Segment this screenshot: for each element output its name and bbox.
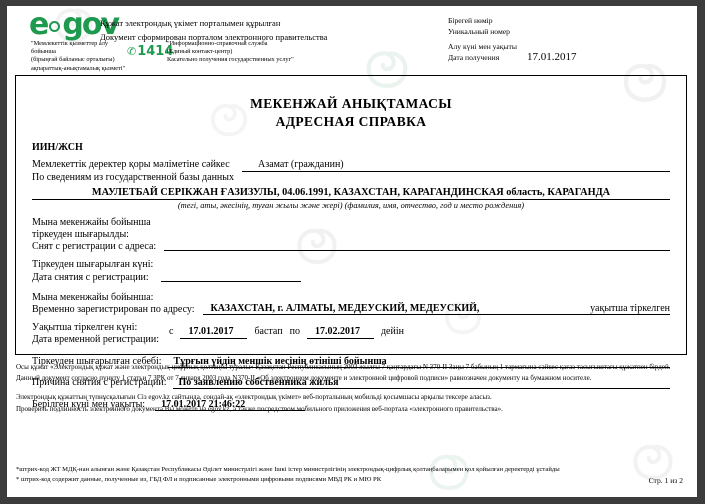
certificate-box: МЕКЕНЖАЙ АНЫҚТАМАСЫ АДРЕСНАЯ СПРАВКА ИИН…: [15, 75, 687, 355]
title-ru: АДРЕСНАЯ СПРАВКА: [32, 113, 670, 131]
removed-address-label-line: Снят с регистрации с адреса:: [32, 241, 156, 253]
legal-paragraph-ru-1: Данный документ согласно пункту 1 статьи…: [16, 373, 688, 384]
field-source-value: Азамат (гражданин): [258, 159, 344, 170]
legal-text: Осы құжат «Электрондық құжат және электр…: [16, 362, 688, 415]
field-removed-date: Тіркеуден шығарылған күні: Дата снятия с…: [32, 259, 670, 283]
field-source: Мемлекеттік деректер қоры мәліметіне сәй…: [32, 159, 670, 183]
field-source-label-kk: Мемлекеттік деректер қоры мәліметіне сәй…: [32, 159, 234, 171]
contact-right-line: "Информационно-справочная служба: [167, 40, 317, 48]
legal-paragraph-kk-2: Электрондық құжаттың түпнұсқалығын Сіз e…: [16, 392, 688, 403]
legal-paragraph-kk-1: Осы құжат «Электрондық құжат және электр…: [16, 362, 688, 373]
unique-number-label-kk: Бірегей нөмір: [448, 16, 517, 27]
field-removed-address-label: Мына мекенжайы бойынша тіркеуден шығарыл…: [32, 217, 156, 254]
title-kk: МЕКЕНЖАЙ АНЫҚТАМАСЫ: [32, 95, 670, 113]
iin-label: ИИН/ЖСН: [32, 142, 670, 153]
temp-address-label-ru: Временно зарегистрирован по адресу:: [32, 304, 195, 316]
unique-number-label-ru: Уникальный номер: [448, 27, 517, 38]
barcode-footnotes: *штрих-код ЖТ МДҚ-нан алынған және Қазақ…: [16, 465, 656, 485]
field-source-value-line: Азамат (гражданин): [242, 159, 670, 172]
field-temp-address-value: КАЗАХСТАН, г. АЛМАТЫ, МЕДЕУСКИЙ, МЕДЕУСК…: [211, 303, 480, 314]
field-temp-period-label: Уақытша тіркелген күні: Дата временной р…: [32, 322, 159, 346]
field-temp-period: Уақытша тіркелген күні: Дата временной р…: [32, 322, 670, 346]
temp-period-date-from: 17.01.2017: [180, 326, 247, 339]
field-temp-address: Мына мекенжайы бойынша: Временно зарегис…: [32, 292, 670, 316]
temp-period-date-to: 17.02.2017: [307, 326, 374, 339]
egov-logo-dot-icon: [49, 21, 60, 32]
temp-period-label-ru: Дата временной регистрации:: [32, 334, 159, 346]
phone-icon: ✆: [127, 45, 136, 58]
temp-period-word-deyin: дейін: [381, 326, 404, 337]
temp-period-content: с 17.01.2017 бастап по 17.02.2017 дейін: [169, 326, 404, 339]
person-name-caption: (тегі, аты, әкесінің, туған жылы және же…: [32, 201, 670, 210]
field-temp-address-label: Мына мекенжайы бойынша: Временно зарегис…: [32, 292, 195, 316]
contact-left-line: (бірыңғай байланыс орталығы): [31, 56, 126, 64]
field-removed-address-value-line: [164, 239, 670, 251]
document-viewer: egov Құжат электрондық үкімет порталымен…: [0, 0, 705, 504]
page-number: Стр. 1 из 2: [649, 476, 683, 485]
receive-date-value: 17.01.2017: [527, 51, 577, 63]
generated-line-kk: Құжат электрондық үкімет порталымен құры…: [100, 17, 327, 31]
document-meta: Бірегей нөмір Уникальный номер Алу күні …: [448, 16, 576, 64]
temp-period-label-kk: Уақытша тіркелген күні:: [32, 322, 159, 334]
footnote-ru: * штрих-код содержит данные, полученные …: [16, 475, 656, 485]
temp-address-label-kk: Мына мекенжайы бойынша:: [32, 292, 195, 304]
receive-date-label-ru: Дата получения: [448, 53, 517, 64]
contact-left-line: ақпараттық-анықтамалық қызметі": [31, 65, 126, 73]
certificate-page: egov Құжат электрондық үкімет порталымен…: [7, 6, 697, 497]
removed-address-label-line: Мына мекенжайы бойынша: [32, 217, 156, 229]
contact-center-text-kk: "Мемлекеттік қызметтер алу бойынша (біры…: [31, 40, 126, 73]
contact-left-line: "Мемлекеттік қызметтер алу бойынша: [31, 40, 126, 56]
document-title: МЕКЕНЖАЙ АНЫҚТАМАСЫ АДРЕСНАЯ СПРАВКА: [32, 95, 670, 131]
temp-period-word-po: по: [290, 326, 300, 337]
contact-center-text-ru: "Информационно-справочная служба (Единый…: [167, 40, 317, 65]
field-removed-address: Мына мекенжайы бойынша тіркеуден шығарыл…: [32, 217, 670, 254]
field-source-label: Мемлекеттік деректер қоры мәліметіне сәй…: [32, 159, 234, 183]
field-source-label-ru: По сведениям из государственной базы дан…: [32, 172, 234, 184]
temp-address-note: уақытша тіркелген: [590, 303, 670, 314]
person-name-value: МАУЛЕТБАЙ СЕРІКЖАН ҒАЗИЗУЛЫ, 04.06.1991,…: [32, 187, 670, 200]
contact-right-line: (Единый контакт-центр): [167, 48, 317, 56]
removed-date-label-kk: Тіркеуден шығарылған күні:: [32, 259, 153, 271]
meta-labels: Бірегей нөмір Уникальный номер Алу күні …: [448, 16, 517, 64]
contact-right-line: Касательно получения государственных усл…: [167, 56, 317, 64]
field-removed-date-label: Тіркеуден шығарылған күні: Дата снятия с…: [32, 259, 153, 283]
removed-date-label-ru: Дата снятия с регистрации:: [32, 272, 153, 284]
temp-period-word-c: с: [169, 326, 173, 337]
field-removed-date-value-line: [161, 270, 301, 282]
footnote-kk: *штрих-код ЖТ МДҚ-нан алынған және Қазақ…: [16, 465, 656, 475]
field-temp-address-value-line: КАЗАХСТАН, г. АЛМАТЫ, МЕДЕУСКИЙ, МЕДЕУСК…: [203, 303, 670, 315]
removed-address-label-line: тіркеуден шығарылды:: [32, 229, 156, 241]
receive-date-label-kk: Алу күні мен уақыты: [448, 42, 517, 53]
legal-paragraph-ru-2: Проверить подлинность электронного докум…: [16, 404, 688, 415]
temp-period-word-bastap: бастап: [254, 326, 282, 337]
egov-logo-e: e: [29, 7, 47, 42]
